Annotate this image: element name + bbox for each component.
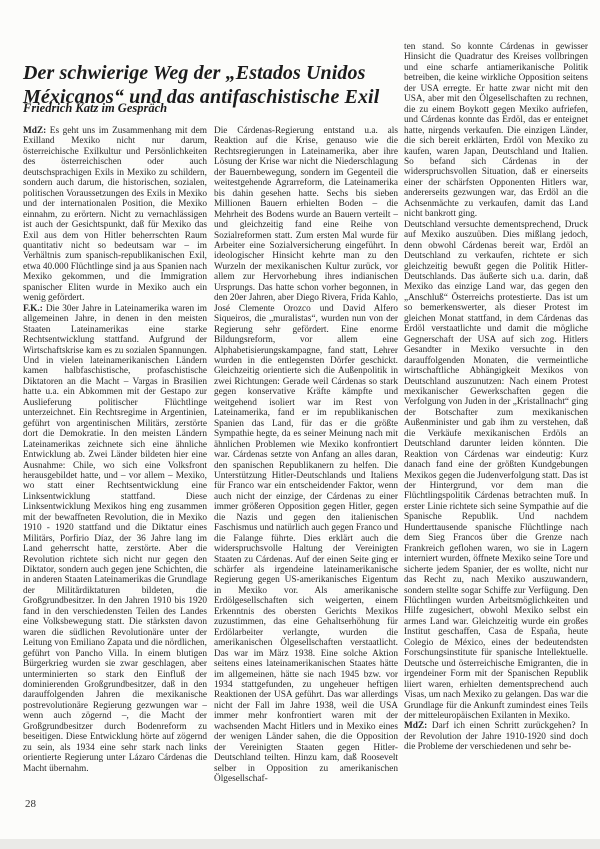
scan-bottom-edge bbox=[0, 839, 600, 849]
speaker-label: MdZ: bbox=[23, 126, 46, 136]
speaker-label: MdZ: bbox=[404, 721, 427, 731]
page-number: 28 bbox=[25, 798, 36, 810]
article-author: Friedrich Katz im Gespräch bbox=[23, 101, 167, 116]
paragraph-text: Die 30er Jahre in Lateinamerika waren im… bbox=[23, 304, 207, 774]
paragraph: Die Cárdenas-Regierung entstand u.a. als… bbox=[214, 126, 398, 785]
paragraph: Deutschland versuchte dementsprechend, D… bbox=[404, 220, 588, 722]
speaker-label: F.K.: bbox=[23, 304, 43, 314]
text-column-1: MdZ: Es geht uns im Zusammenhang mit dem… bbox=[23, 126, 207, 781]
paragraph: ten stand. So konnte Cárdenas in gewisse… bbox=[404, 42, 588, 220]
text-column-3: ten stand. So konnte Cárdenas in gewisse… bbox=[404, 42, 588, 797]
scanned-document-page: Der schwierige Weg der „Estados Unidos M… bbox=[0, 0, 600, 849]
paragraph-text: ten stand. So konnte Cárdenas in gewisse… bbox=[404, 42, 588, 219]
paragraph-text: Darf ich einen Schritt zurückgehen? In d… bbox=[404, 721, 588, 752]
paragraph: MdZ: Es geht uns im Zusammenhang mit dem… bbox=[23, 126, 207, 304]
text-column-2: Die Cárdenas-Regierung entstand u.a. als… bbox=[214, 126, 398, 788]
paragraph: MdZ: Darf ich einen Schritt zurückgehen?… bbox=[404, 721, 588, 752]
paragraph-text: Deutschland versuchte dementsprechend, D… bbox=[404, 220, 588, 721]
paragraph-text: Die Cárdenas-Regierung entstand u.a. als… bbox=[214, 126, 398, 784]
paragraph-text: Es geht uns im Zusammenhang mit dem Exil… bbox=[23, 126, 207, 303]
paragraph: F.K.: Die 30er Jahre in Lateinamerika wa… bbox=[23, 304, 207, 774]
